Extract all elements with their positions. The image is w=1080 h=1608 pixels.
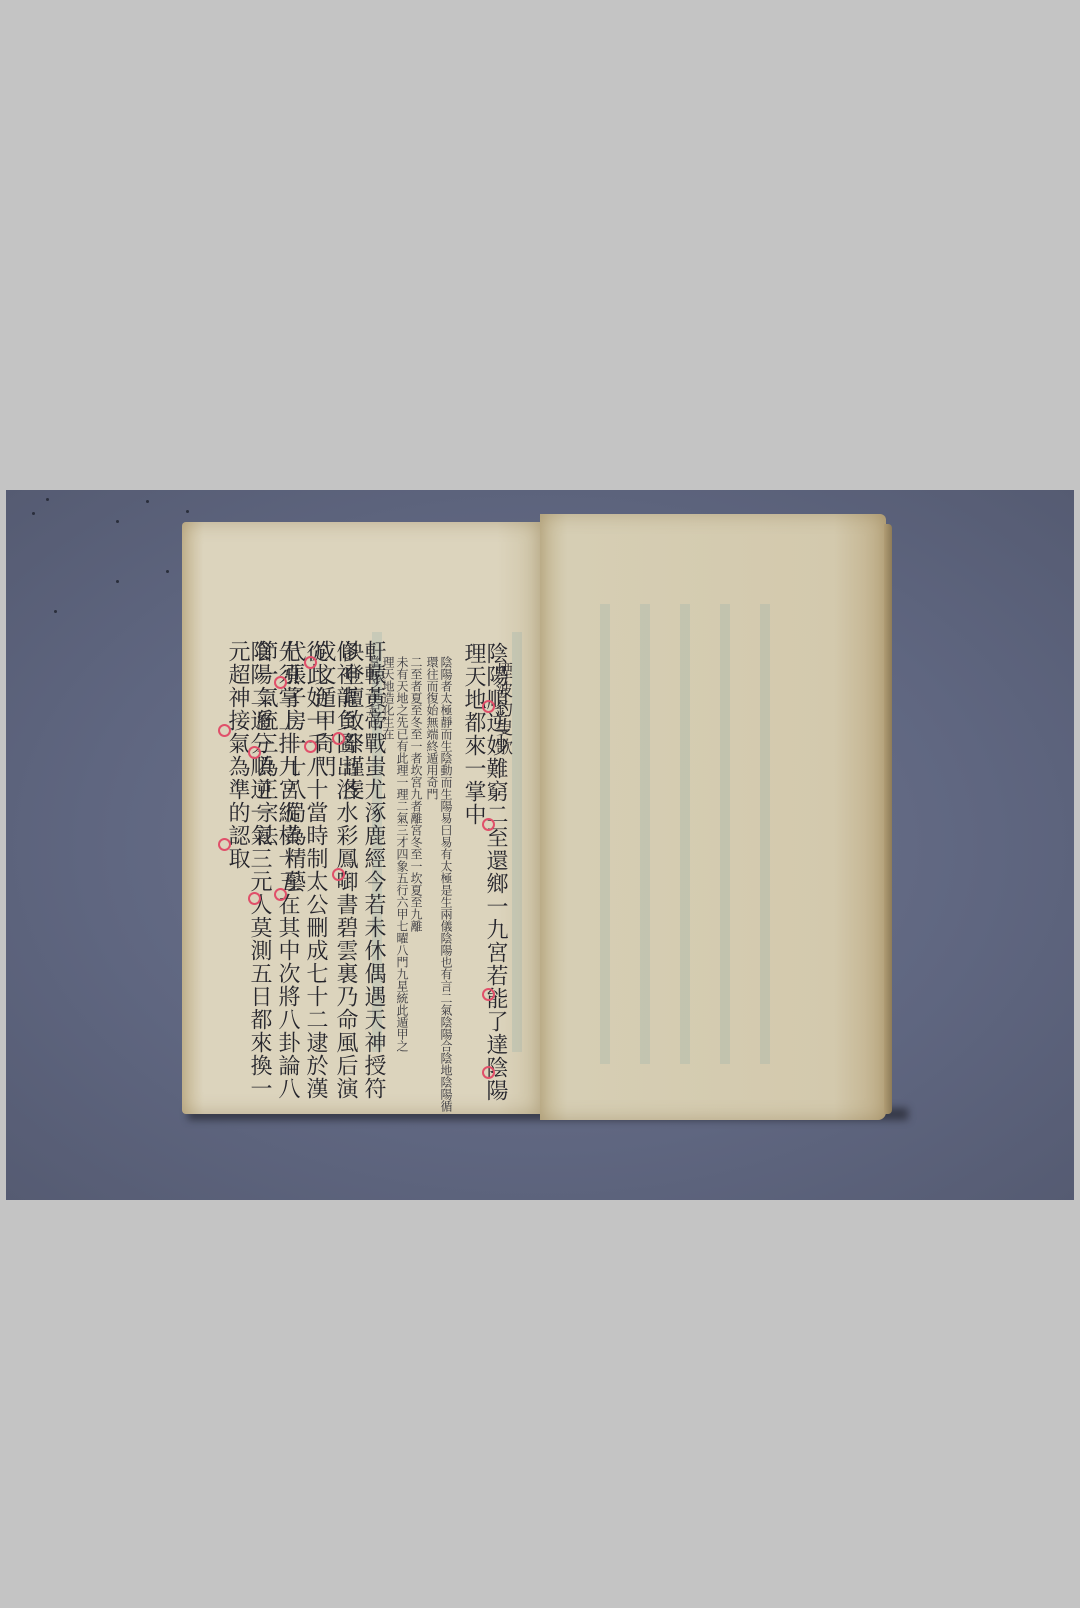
lint-speck [166,570,169,573]
page-stack-edge [884,524,892,1114]
commentary-column: 陰陽者太極靜而生陰動而生陽易曰易有太極是生兩儀陰陽也有言二氣陰陽合陰地陰陽循 [440,656,452,1112]
show-through-line [760,604,770,1064]
red-punctuation-mark [332,732,345,745]
red-punctuation-mark [482,818,495,831]
text-column: 陰陽順逆妙難窮二至還鄉一九宮若能了達陰陽理天地都來一掌中 [462,642,506,1114]
red-punctuation-mark [218,838,231,851]
lint-speck [116,580,119,583]
show-through-line [720,604,730,1064]
show-through-line [600,604,610,1064]
red-punctuation-mark [482,1066,495,1079]
red-punctuation-mark [304,740,317,753]
text-column: 陰陽二遁分順逆一氣三元人莫測五日都來換一元超神接氣為準的認取 [226,640,270,1114]
lint-speck [32,512,35,515]
left-page: 煙波釣叟歌 陰陽順逆妙難窮二至還鄉一九宮若能了達陰陽理天地都來一掌中 陰陽者太極… [182,522,540,1114]
red-punctuation-mark [332,868,345,881]
lint-speck [146,500,149,503]
red-punctuation-mark [304,656,317,669]
lint-speck [186,510,189,513]
show-through-line [640,604,650,1064]
right-page [540,514,886,1120]
lint-speck [46,498,49,501]
lint-speck [54,610,57,613]
red-punctuation-mark [482,988,495,1001]
commentary-column: 二至者夏至冬至一者坎宮九者離宮冬至一坎夏至九離 [410,656,422,932]
commentary-column: 環往而復始無端終遁用奇門 [426,656,438,800]
show-through-line [680,604,690,1064]
red-punctuation-mark [248,892,261,905]
commentary-column: 未有天地之先已有此理一理二氣三才四象五行六甲七曜八門九星統此遁甲之 [396,656,408,1052]
red-punctuation-mark [218,724,231,737]
red-punctuation-mark [482,700,495,713]
red-punctuation-mark [248,746,261,759]
lint-speck [116,520,119,523]
photograph: 煙波釣叟歌 陰陽順逆妙難窮二至還鄉一九宮若能了達陰陽理天地都來一掌中 陰陽者太極… [6,490,1074,1200]
red-punctuation-mark [274,888,287,901]
red-punctuation-mark [274,676,287,689]
